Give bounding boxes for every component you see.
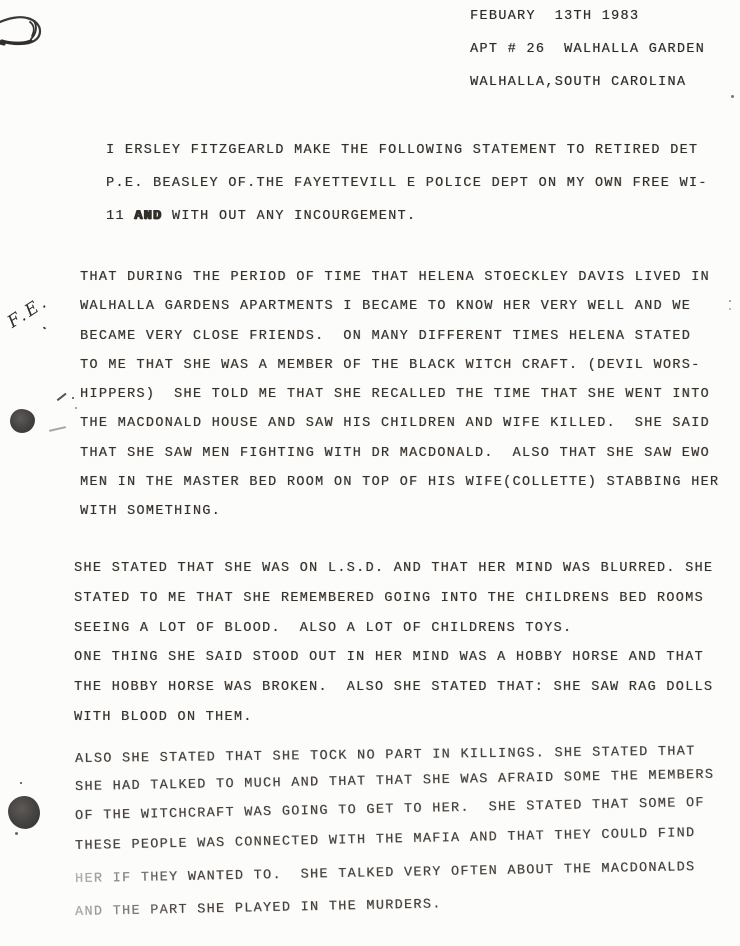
address-line-1: APT # 26 WALHALLA GARDEN [470, 33, 705, 66]
scan-speck [729, 300, 731, 302]
typed-line: I ERSLEY FITZGEARLD MAKE THE FOLLOWING S… [106, 134, 708, 167]
typed-line: THE MACDONALD HOUSE AND SAW HIS CHILDREN… [80, 409, 719, 438]
dateline-block: FEBUARY 13TH 1983 APT # 26 WALHALLA GARD… [470, 0, 705, 99]
typed-line: THE HOBBY HORSE WAS BROKEN. ALSO SHE STA… [74, 673, 713, 703]
statement-paragraph-2: THAT DURING THE PERIOD OF TIME THAT HELE… [80, 263, 719, 527]
scan-speck [731, 95, 734, 98]
ink-blob-mark [8, 796, 40, 829]
overstruck-word: AND [134, 209, 162, 224]
typed-line: AND THE PART SHE PLAYED IN THE MURDERS. [75, 890, 442, 927]
typed-line: WITH BLOOD ON THEM. [74, 703, 713, 733]
typed-line: SHE STATED THAT SHE WAS ON L.S.D. AND TH… [74, 554, 713, 584]
address-line-2: WALHALLA,SOUTH CAROLINA [470, 66, 705, 99]
date-line: FEBUARY 13TH 1983 [470, 0, 705, 33]
scan-speck [43, 326, 47, 329]
ink-blob-mark [10, 409, 35, 433]
typed-line: THAT DURING THE PERIOD OF TIME THAT HELE… [80, 263, 719, 292]
typed-line: 11 AND WITH OUT ANY INCOURGEMENT. [106, 200, 708, 233]
scratch-mark [49, 426, 66, 431]
typed-line: HIPPERS) SHE TOLD ME THAT SHE RECALLED T… [80, 380, 719, 409]
scan-speck [75, 407, 77, 409]
paperclip-scan-mark [0, 16, 46, 52]
typed-line: HER IF THEY WANTED TO. SHE TALKED VERY O… [75, 853, 696, 894]
scan-speck [20, 782, 22, 784]
scan-speck [15, 832, 18, 835]
typed-line: BECAME VERY CLOSE FRIENDS. ON MANY DIFFE… [80, 322, 719, 351]
statement-paragraph-3: SHE STATED THAT SHE WAS ON L.S.D. AND TH… [74, 554, 713, 733]
typed-segment: 11 [106, 209, 134, 224]
typed-line: THAT SHE SAW MEN FIGHTING WITH DR MACDON… [80, 439, 719, 468]
scan-speck [729, 308, 731, 310]
scanned-statement-page: FEBUARY 13TH 1983 APT # 26 WALHALLA GARD… [0, 0, 740, 946]
typed-line: WITH SOMETHING. [80, 497, 719, 526]
declaration-paragraph: I ERSLEY FITZGEARLD MAKE THE FOLLOWING S… [106, 134, 708, 233]
typed-line: SEEING A LOT OF BLOOD. ALSO A LOT OF CHI… [74, 614, 713, 644]
typed-segment: WITH OUT ANY INCOURGEMENT. [162, 209, 416, 224]
typed-line: WALHALLA GARDENS APARTMENTS I BECAME TO … [80, 292, 719, 321]
typed-line: STATED TO ME THAT SHE REMEMBERED GOING I… [74, 584, 713, 614]
typed-line: P.E. BEASLEY OF.THE FAYETTEVILL E POLICE… [106, 167, 708, 200]
typed-line: ONE THING SHE SAID STOOD OUT IN HER MIND… [74, 643, 713, 673]
typed-line: MEN IN THE MASTER BED ROOM ON TOP OF HIS… [80, 468, 719, 497]
scratch-mark [57, 393, 67, 401]
scan-speck [72, 397, 74, 399]
typed-line: TO ME THAT SHE WAS A MEMBER OF THE BLACK… [80, 351, 719, 380]
